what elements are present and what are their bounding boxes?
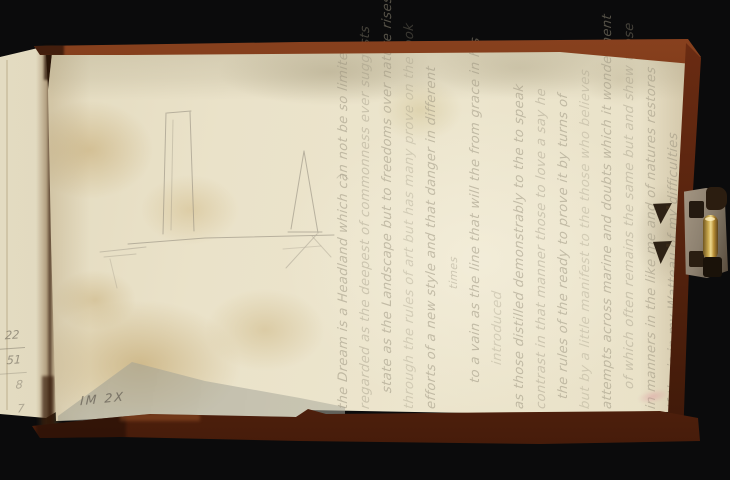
brass-roller (703, 215, 718, 259)
clasp-slot-top (689, 201, 704, 218)
clasp-tab (706, 187, 727, 210)
clasp (0, 0, 730, 480)
clasp-base (703, 257, 722, 277)
clasp-slot-bottom (689, 251, 704, 267)
photo-background: 225187 the Dream is a Headland which can… (0, 0, 730, 480)
